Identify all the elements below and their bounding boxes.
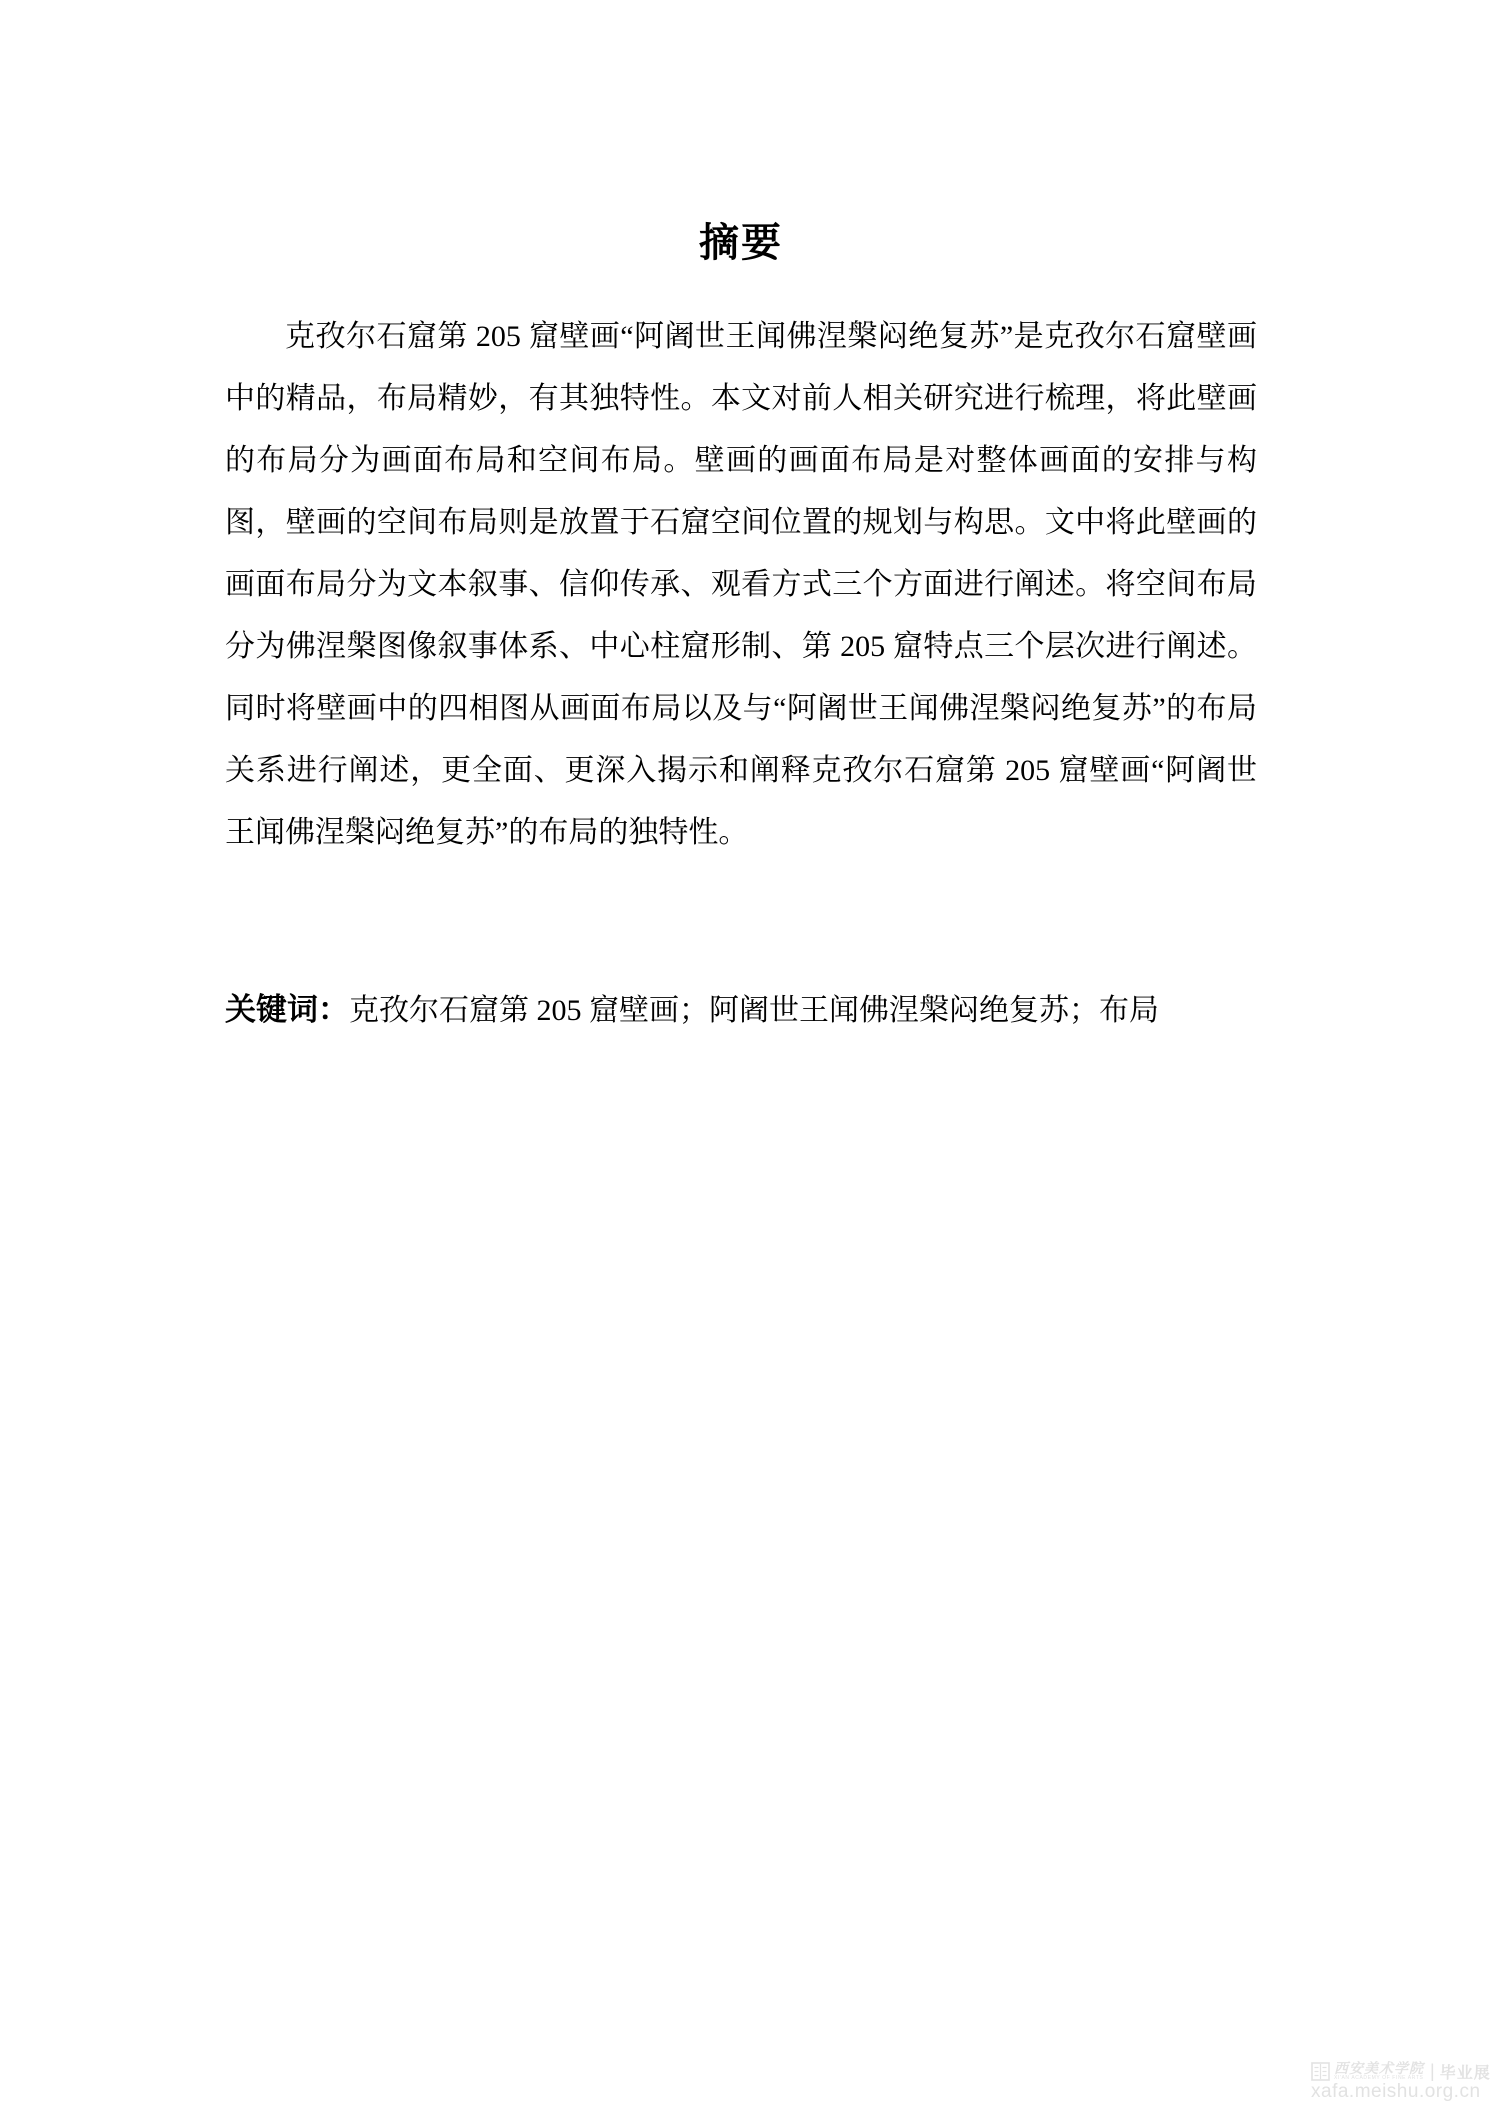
watermark-top-row: 西安美术学院 XI'AN ACADEMY OF FINE ARTS | 毕业展 [1311,2060,1491,2082]
site-watermark: 西安美术学院 XI'AN ACADEMY OF FINE ARTS | 毕业展 … [1311,2060,1491,2102]
watermark-institution-name: 西安美术学院 [1334,2061,1424,2075]
watermark-exhibition-label: 毕业展 [1440,2060,1491,2083]
keywords-line: 关键词：克孜尔石窟第 205 窟壁画；阿阇世王闻佛涅槃闷绝复苏；布局 [225,988,1325,1033]
academy-book-logo-icon [1311,2062,1330,2081]
watermark-institution-block: 西安美术学院 XI'AN ACADEMY OF FINE ARTS [1334,2061,1424,2081]
abstract-page: 摘要 克孜尔石窟第 205 窟壁画“阿阇世王闻佛涅槃闷绝复苏”是克孜尔石窟壁画中… [0,0,1500,2122]
keywords-text: 克孜尔石窟第 205 窟壁画；阿阇世王闻佛涅槃闷绝复苏；布局 [349,994,1159,1027]
watermark-url: xafa.meishu.org.cn [1311,2082,1491,2102]
page-title: 摘要 [225,220,1257,266]
abstract-paragraph: 克孜尔石窟第 205 窟壁画“阿阇世王闻佛涅槃闷绝复苏”是克孜尔石窟壁画中的精品… [225,306,1257,864]
keywords-label: 关键词： [225,992,349,1027]
watermark-divider: | [1430,2061,1435,2082]
